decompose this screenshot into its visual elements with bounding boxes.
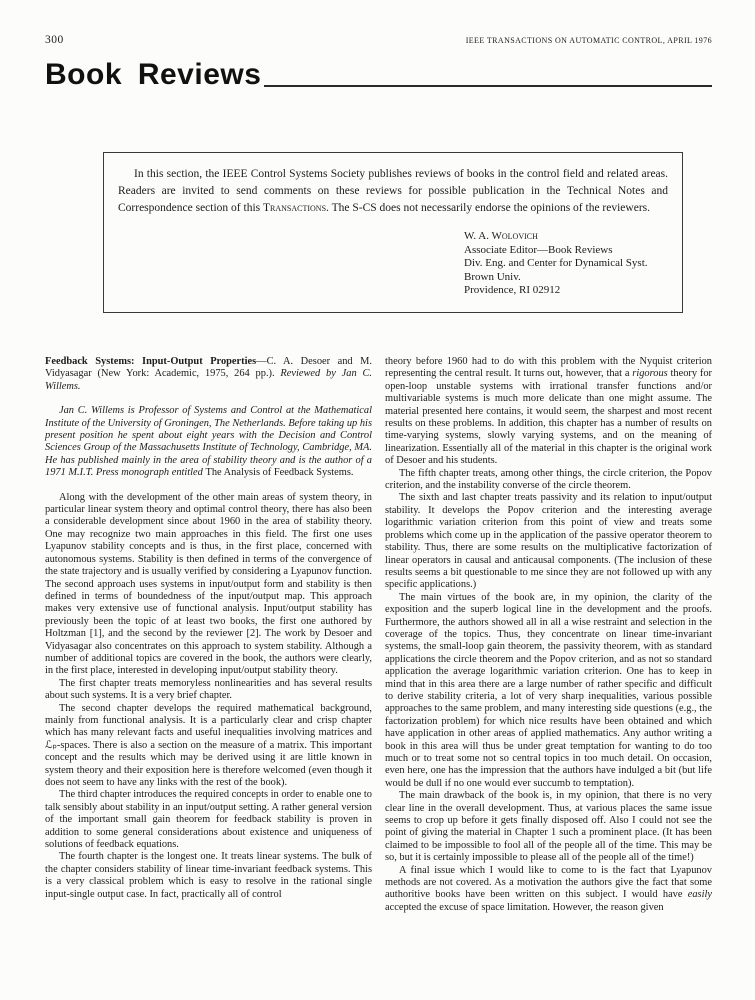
text-run: The fourth chapter is the longest one. I… (45, 851, 372, 899)
text-run: Feedback Systems: Input-Output Propertie… (45, 356, 256, 367)
editor-dept: Div. Eng. and Center for Dynamical Syst. (464, 257, 648, 271)
paragraph: Along with the development of the other … (45, 492, 372, 678)
review-columns: Feedback Systems: Input-Output Propertie… (45, 356, 712, 914)
text-run: The fifth chapter treats, among other th… (385, 468, 712, 491)
text-run: The sixth and last chapter treats passiv… (385, 492, 712, 590)
text-run: The first chapter treats memoryless nonl… (45, 678, 372, 701)
paragraph: Feedback Systems: Input-Output Propertie… (45, 356, 372, 393)
notice-text: In this section, the IEEE Control System… (118, 166, 668, 217)
text-run: . The S-CS does not necessarily endorse … (326, 202, 650, 214)
text-run: A final issue which I would like to come… (385, 865, 712, 901)
paragraph: theory before 1960 had to do with this p… (385, 356, 712, 468)
paragraph: The main drawback of the book is, in my … (385, 790, 712, 864)
editor-title: Associate Editor—Book Reviews (464, 244, 648, 258)
paragraph: A final issue which I would like to come… (385, 865, 712, 915)
editor-block: W. A. Wolovich Associate Editor—Book Rev… (464, 230, 648, 298)
paragraph: The main virtues of the book are, in my … (385, 592, 712, 791)
running-header: 300 IEEE TRANSACTIONS ON AUTOMATIC CONTR… (0, 0, 755, 46)
text-run: The main drawback of the book is, in my … (385, 790, 712, 863)
section-title-row: Book Reviews (0, 46, 755, 90)
column-right: theory before 1960 had to do with this p… (385, 356, 712, 914)
title-rule (264, 85, 712, 87)
notice-box: In this section, the IEEE Control System… (103, 152, 683, 313)
text-run: Transactions (263, 202, 326, 214)
paragraph: The fifth chapter treats, among other th… (385, 468, 712, 493)
journal-header: IEEE TRANSACTIONS ON AUTOMATIC CONTROL, … (466, 36, 712, 45)
page-number: 300 (45, 34, 64, 46)
text-run: easily (688, 889, 712, 900)
editor-name: W. A. Wolovich (464, 230, 648, 244)
text-run: rigorous (632, 368, 667, 379)
paragraph: The fourth chapter is the longest one. I… (45, 851, 372, 901)
section-title: Book Reviews (45, 60, 261, 90)
column-left: Feedback Systems: Input-Output Propertie… (45, 356, 372, 914)
text-run: Along with the development of the other … (45, 492, 372, 677)
text-run: The second chapter develops the required… (45, 703, 372, 788)
paragraph: Jan C. Willems is Professor of Systems a… (45, 405, 372, 479)
paragraph: The sixth and last chapter treats passiv… (385, 492, 712, 591)
paragraph: The second chapter develops the required… (45, 703, 372, 790)
editor-institution: Brown Univ. (464, 271, 648, 285)
journal-page: 300 IEEE TRANSACTIONS ON AUTOMATIC CONTR… (0, 0, 755, 1000)
paragraph: The third chapter introduces the require… (45, 789, 372, 851)
text-run: theory for open-loop unstable systems wi… (385, 368, 712, 466)
paragraph: The first chapter treats memoryless nonl… (45, 678, 372, 703)
text-run: The Analysis of Feedback Systems. (205, 467, 353, 478)
text-run: The third chapter introduces the require… (45, 789, 372, 850)
text-run: accepted the excuse of space limitation.… (385, 902, 664, 913)
text-run: The main virtues of the book are, in my … (385, 592, 712, 789)
editor-address: Providence, RI 02912 (464, 284, 648, 298)
